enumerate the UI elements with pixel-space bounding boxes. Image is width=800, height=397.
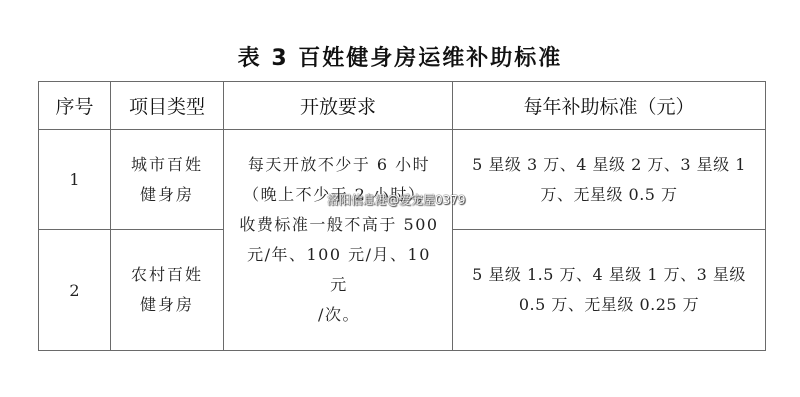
header-annual-subsidy: 每年补助标准（元）	[453, 82, 766, 130]
subsidy-line: 5 星级 3 万、4 星级 2 万、3 星级 1	[463, 150, 755, 180]
table-row: 1 城市百姓 健身房 每天开放不少于 6 小时 （晚上不少于 2 小时）， 收费…	[39, 130, 766, 230]
requirement-line: 元/年、100 元/月、10 元	[236, 240, 442, 300]
subsidy-line: 万、无星级 0.5 万	[463, 180, 755, 210]
subsidy-cell: 5 星级 1.5 万、4 星级 1 万、3 星级 0.5 万、无星级 0.25 …	[453, 230, 766, 351]
requirement-line: 收费标准一般不高于 500	[236, 210, 442, 240]
header-project-type: 项目类型	[111, 82, 224, 130]
project-type-line: 农村百姓	[111, 260, 223, 290]
watermark-text: 洛阳信息港@爱宠屋0379	[327, 191, 466, 208]
subsidy-line: 0.5 万、无星级 0.25 万	[463, 290, 755, 320]
subsidy-standard-table: 序号 项目类型 开放要求 每年补助标准（元） 1 城市百姓 健身房 每天开放不少…	[38, 81, 766, 351]
requirement-line: 每天开放不少于 6 小时	[236, 150, 442, 180]
project-type-cell: 城市百姓 健身房	[111, 130, 224, 230]
requirement-line: /次。	[236, 300, 442, 330]
header-opening-requirement: 开放要求	[224, 82, 453, 130]
opening-requirement-cell: 每天开放不少于 6 小时 （晚上不少于 2 小时）， 收费标准一般不高于 500…	[224, 130, 453, 351]
row-index: 2	[39, 230, 111, 351]
row-index: 1	[39, 130, 111, 230]
header-index: 序号	[39, 82, 111, 130]
project-type-line: 健身房	[111, 180, 223, 210]
subsidy-line: 5 星级 1.5 万、4 星级 1 万、3 星级	[463, 260, 755, 290]
project-type-line: 健身房	[111, 290, 223, 320]
subsidy-cell: 5 星级 3 万、4 星级 2 万、3 星级 1 万、无星级 0.5 万	[453, 130, 766, 230]
project-type-cell: 农村百姓 健身房	[111, 230, 224, 351]
project-type-line: 城市百姓	[111, 150, 223, 180]
table-title: 表 3 百姓健身房运维补助标准	[0, 41, 800, 72]
header-row: 序号 项目类型 开放要求 每年补助标准（元）	[39, 82, 766, 130]
